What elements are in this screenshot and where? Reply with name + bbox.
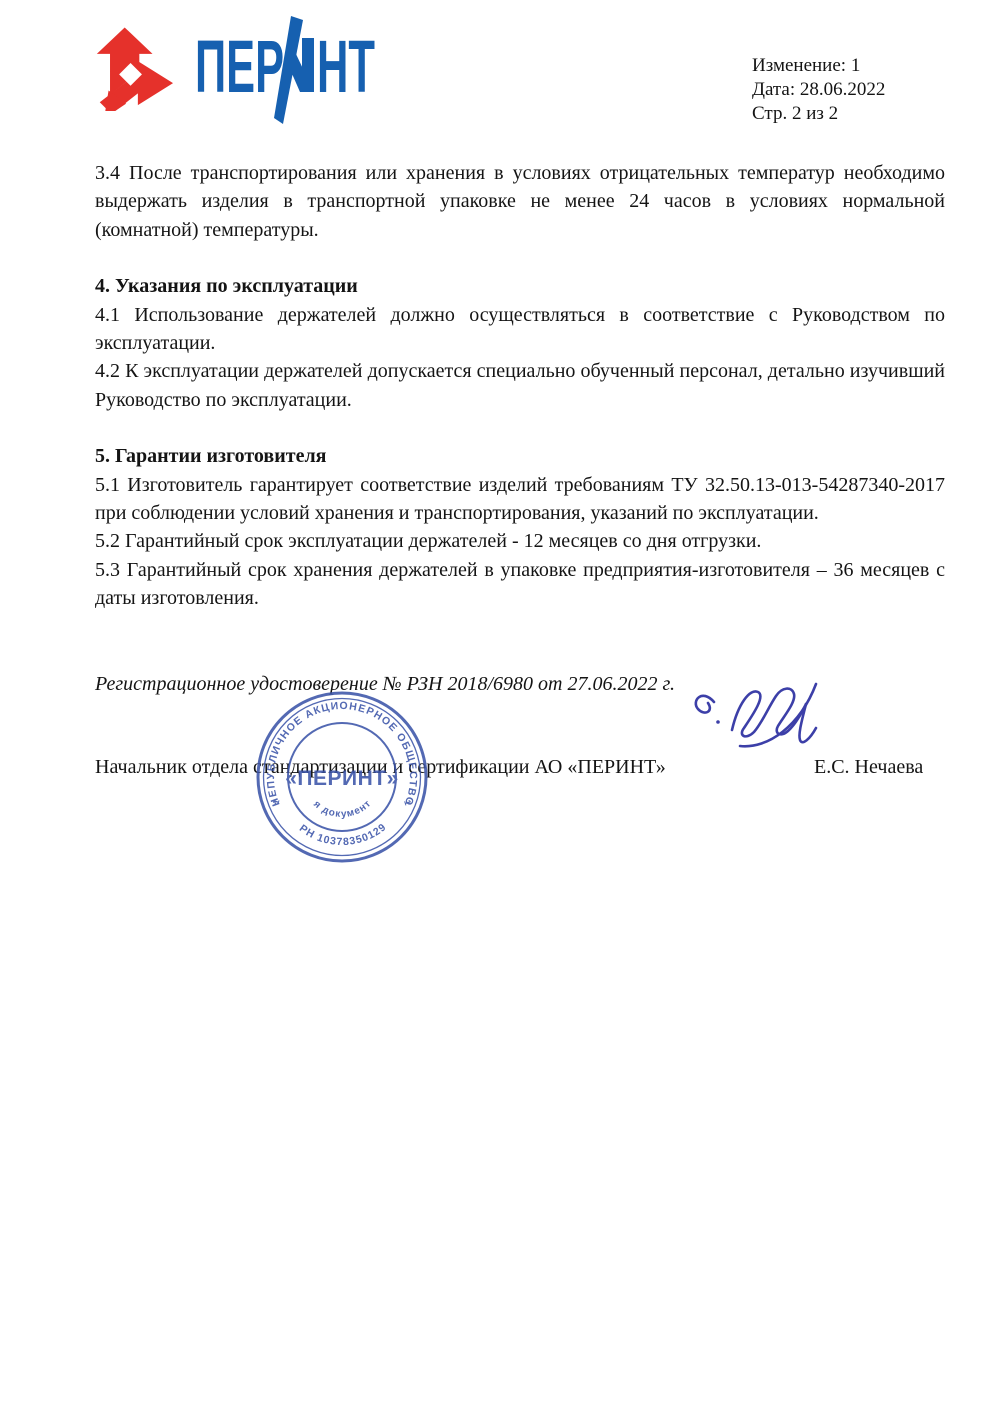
stamp-center-text: «ПЕРИНТ» (285, 767, 399, 790)
svg-text:НЕПУБЛИЧНОЕ АКЦИОНЕРНОЕ ОБЩЕСТ: НЕПУБЛИЧНОЕ АКЦИОНЕРНОЕ ОБЩЕСТВО (265, 700, 419, 808)
date-line: Дата: 28.06.2022 (752, 78, 885, 102)
revision-block: Изменение: 1 Дата: 28.06.2022 Стр. 2 из … (752, 54, 885, 126)
paragraph-5-3: 5.3 Гарантийный срок хранения держателей… (95, 556, 945, 613)
stamp-ring-top-text: НЕПУБЛИЧНОЕ АКЦИОНЕРНОЕ ОБЩЕСТВО (265, 700, 419, 808)
paragraph-3-4: 3.4 После транспортирования или хранения… (95, 159, 945, 244)
paragraph-4-1: 4.1 Использование держателей должно осущ… (95, 301, 945, 358)
section-5-title: 5. Гарантии изготовителя (95, 442, 945, 470)
signatory-name: Е.С. Нечаева (814, 753, 923, 781)
section-4-title: 4. Указания по эксплуатации (95, 272, 945, 300)
logo-text-before-i: ПЕР (195, 25, 284, 108)
paragraph-5-1: 5.1 Изготовитель гарантирует соответстви… (95, 471, 945, 528)
paragraph-5-2: 5.2 Гарантийный срок эксплуатации держат… (95, 527, 945, 555)
company-round-stamp: НЕПУБЛИЧНОЕ АКЦИОНЕРНОЕ ОБЩЕСТВО ОГРН 10… (254, 689, 430, 865)
paragraph-4-2: 4.2 К эксплуатации держателей допускаетс… (95, 357, 945, 414)
signature-period-dot (716, 720, 720, 724)
perint-logo-arrows-icon (88, 26, 176, 111)
revision-line: Изменение: 1 (752, 54, 885, 78)
document-page: ПЕР НТ Изменение: 1 Дата: 28.06.2022 Стр… (0, 0, 1000, 1414)
logo-text-after-i: НТ (317, 25, 375, 108)
handwritten-signature (688, 676, 830, 762)
page-number-line: Стр. 2 из 2 (752, 102, 885, 126)
perint-logo-wordmark: ПЕР НТ (183, 12, 388, 128)
